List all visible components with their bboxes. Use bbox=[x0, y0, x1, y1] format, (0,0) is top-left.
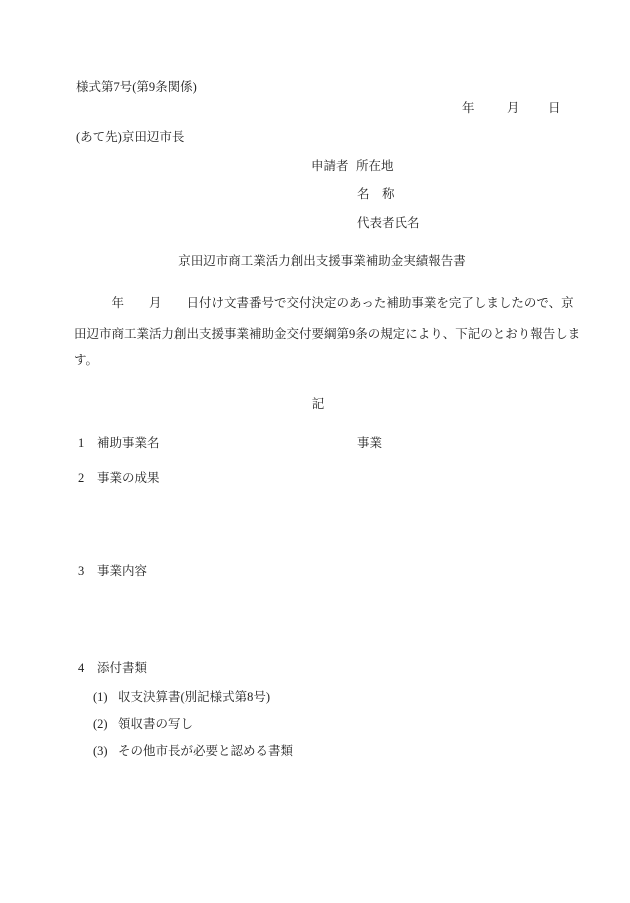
item-1-label: 補助事業名 bbox=[97, 436, 160, 451]
attachment-3-label: その他市長が必要と認める書類 bbox=[118, 744, 293, 759]
document-page: 様式第7号(第9条関係) 年 月 日 (あて先)京田辺市長 申請者 所在地 名 … bbox=[0, 0, 630, 903]
attachment-3-number: (3) bbox=[93, 744, 108, 759]
item-2-number: 2 bbox=[78, 471, 84, 486]
attachment-1-label: 収支決算書(別記様式第8号) bbox=[118, 690, 270, 705]
item-4-number: 4 bbox=[78, 661, 84, 676]
item-3-number: 3 bbox=[78, 564, 84, 579]
body-line-1: 年 月 日付け文書番号で交付決定のあった補助事業を完了しましたので、京 bbox=[74, 296, 574, 311]
addressee: (あて先)京田辺市長 bbox=[76, 130, 184, 145]
body-line-3: す。 bbox=[74, 353, 98, 368]
date-year-label: 年 bbox=[462, 101, 475, 116]
item-1-number: 1 bbox=[78, 436, 84, 451]
date-day-label: 日 bbox=[548, 101, 561, 116]
attachment-1-number: (1) bbox=[93, 690, 108, 705]
item-4-label: 添付書類 bbox=[97, 661, 147, 676]
item-3-label: 事業内容 bbox=[97, 564, 147, 579]
applicant-address-label: 所在地 bbox=[356, 159, 394, 174]
item-1-suffix: 事業 bbox=[357, 436, 382, 451]
record-heading: 記 bbox=[0, 397, 630, 412]
body-line-2: 田辺市商工業活力創出支援事業補助金交付要綱第9条の規定により、下記のとおり報告し… bbox=[74, 327, 580, 342]
item-2-label: 事業の成果 bbox=[97, 471, 160, 486]
form-number: 様式第7号(第9条関係) bbox=[76, 80, 197, 95]
applicant-name-label: 名 称 bbox=[357, 187, 395, 202]
attachment-2-number: (2) bbox=[93, 717, 108, 732]
applicant-representative-label: 代表者氏名 bbox=[357, 216, 420, 231]
date-month-label: 月 bbox=[507, 101, 520, 116]
applicant-label: 申請者 bbox=[311, 159, 349, 174]
attachment-2-label: 領収書の写し bbox=[118, 717, 193, 732]
document-title: 京田辺市商工業活力創出支援事業補助金実績報告書 bbox=[0, 254, 630, 269]
